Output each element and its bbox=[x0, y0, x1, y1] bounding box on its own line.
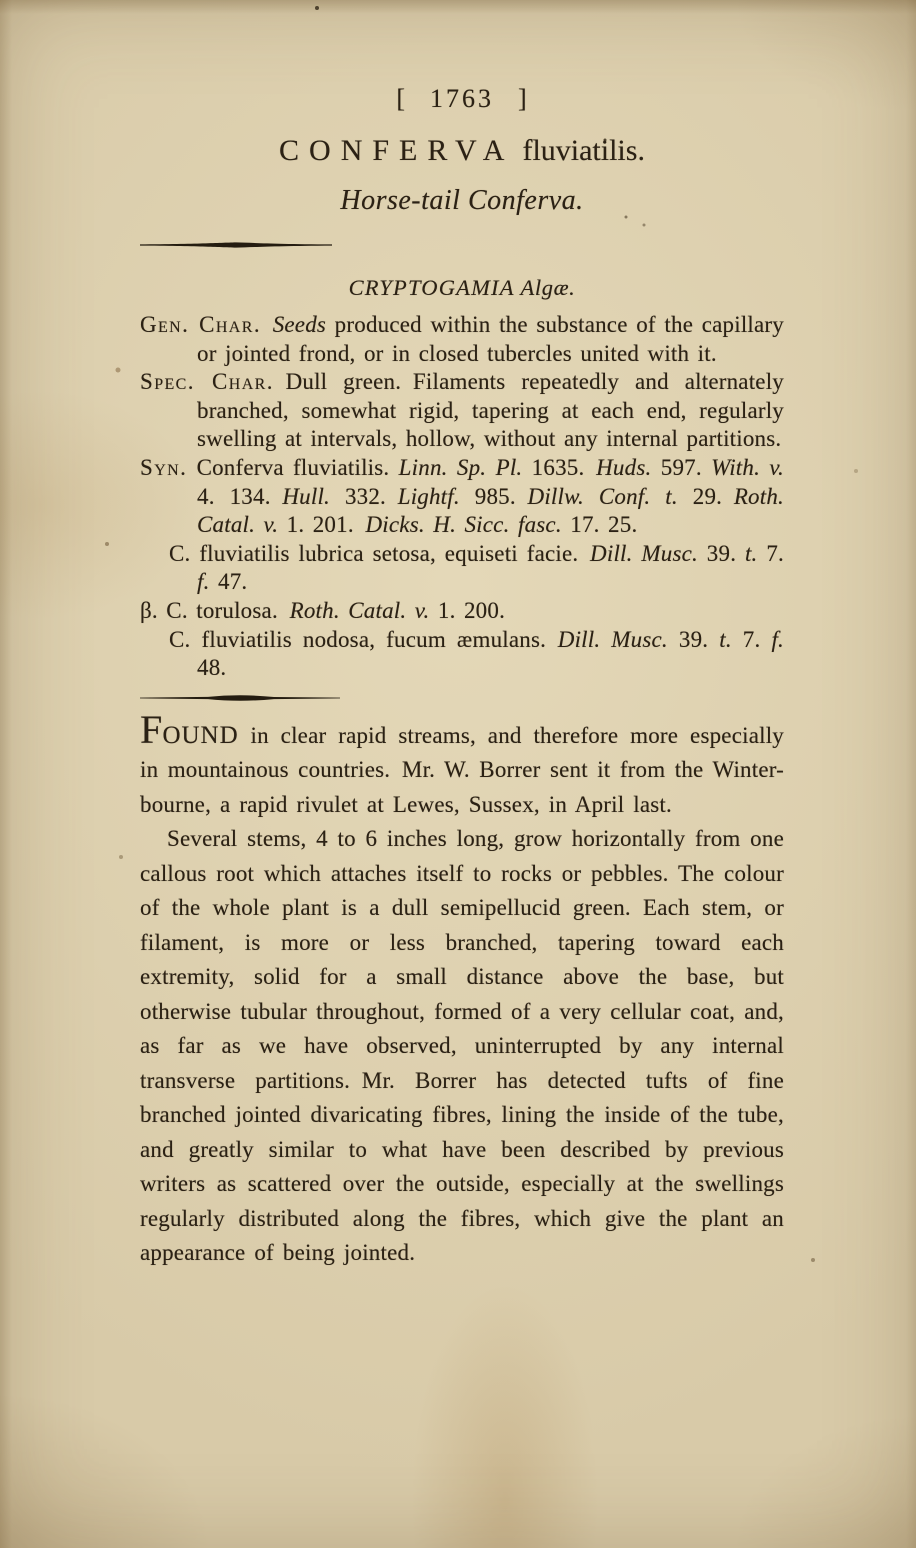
text-segment: 48. bbox=[197, 655, 226, 680]
text-segment: t. bbox=[719, 627, 732, 652]
text-segment: F bbox=[140, 707, 162, 752]
text-segment: f. bbox=[771, 627, 784, 652]
paragraph-found: FOUND in clear rapid streams, and theref… bbox=[140, 719, 784, 823]
text-segment: Several stems, 4 to 6 inches long, grow … bbox=[140, 826, 784, 1265]
text-segment: 597. bbox=[651, 455, 711, 480]
synonym-entry-c1: C. fluviatilis lubrica setosa, equiseti … bbox=[140, 540, 784, 597]
text-segment: Syn. bbox=[140, 455, 187, 480]
text-segment: Dull green. Filaments repeatedly and alt… bbox=[197, 369, 784, 451]
synonyms: Syn. Conferva fluviatilis. Linn. Sp. Pl.… bbox=[140, 454, 784, 540]
text-segment: Dillw. Conf. t. bbox=[528, 484, 678, 509]
page-number: [1763] bbox=[140, 0, 784, 116]
description-section: FOUND in clear rapid streams, and theref… bbox=[140, 719, 784, 1271]
genus-name: CONFERVA bbox=[279, 134, 514, 167]
text-segment: 1. 200. bbox=[429, 598, 505, 623]
text-segment: 1635. bbox=[522, 455, 596, 480]
text-segment: Gen. Char. bbox=[140, 312, 261, 337]
text-segment: 4. 134. bbox=[197, 484, 282, 509]
text-segment: C. bbox=[169, 541, 191, 566]
classification-order: CRYPTOGAMIA bbox=[349, 275, 515, 300]
text-segment: Seeds bbox=[273, 312, 326, 337]
page-number-bracket-right: ] bbox=[518, 84, 528, 113]
text-segment bbox=[261, 312, 273, 337]
text-segment: torulosa. bbox=[188, 598, 290, 623]
text-segment: Lightf. bbox=[398, 484, 460, 509]
text-segment: Conferva fluviatilis. bbox=[187, 455, 398, 480]
text-segment: OUND bbox=[162, 722, 238, 749]
text-segment: 47. bbox=[210, 569, 248, 594]
text-segment: 17. 25. bbox=[562, 512, 638, 537]
classification-group: Algæ. bbox=[521, 275, 576, 300]
paragraph-description: Several stems, 4 to 6 inches long, grow … bbox=[140, 822, 784, 1271]
divider-swelled-rule-2 bbox=[140, 693, 784, 703]
text-segment: Dicks. H. Sicc. fasc. bbox=[366, 512, 562, 537]
text-segment: Spec. Char. bbox=[140, 369, 274, 394]
specific-character: Spec. Char. Dull green. Filaments repeat… bbox=[140, 368, 784, 454]
species-title: CONFERVAfluviatilis. bbox=[140, 132, 784, 170]
generic-character: Gen. Char. Seeds produced within the sub… bbox=[140, 311, 784, 368]
text-segment: Hull. bbox=[282, 484, 330, 509]
text-segment: Linn. Sp. Pl. bbox=[399, 455, 523, 480]
page-number-bracket-left: [ bbox=[396, 84, 406, 113]
classification-line: CRYPTOGAMIA Algæ. bbox=[140, 273, 784, 302]
text-segment: Huds. bbox=[596, 455, 651, 480]
book-page: [1763] CONFERVAfluviatilis. Horse-tail C… bbox=[0, 0, 916, 1548]
text-segment: 985. bbox=[460, 484, 528, 509]
text-segment: C. bbox=[169, 627, 191, 652]
text-segment: fluviatilis lubrica setosa, equiseti fac… bbox=[191, 541, 591, 566]
text-segment: Dill. Musc. bbox=[590, 541, 698, 566]
text-segment: Dill. Musc. bbox=[558, 627, 668, 652]
text-segment: With. v. bbox=[711, 455, 784, 480]
synonym-entry-c2: C. fluviatilis nodosa, fucum æmulans. Di… bbox=[140, 626, 784, 683]
text-segment: t. bbox=[745, 541, 758, 566]
page-content: [1763] CONFERVAfluviatilis. Horse-tail C… bbox=[140, 0, 784, 1271]
text-segment: 29. bbox=[678, 484, 734, 509]
page-header: [1763] CONFERVAfluviatilis. Horse-tail C… bbox=[140, 0, 784, 302]
text-segment: 39. bbox=[698, 541, 745, 566]
page-number-value: 1763 bbox=[430, 84, 494, 113]
synonym-entry-beta: β. C. torulosa. Roth. Catal. v. 1. 200. bbox=[140, 597, 784, 626]
species-epithet: fluviatilis. bbox=[522, 134, 645, 167]
paper-specks bbox=[0, 0, 2, 2]
text-segment: β. C. bbox=[140, 598, 188, 623]
text-segment: 7. bbox=[732, 627, 772, 652]
common-name: Horse-tail Conferva. bbox=[140, 183, 784, 219]
text-segment: 39. bbox=[668, 627, 719, 652]
characters-section: Gen. Char. Seeds produced within the sub… bbox=[140, 311, 784, 683]
text-segment: 332. bbox=[330, 484, 398, 509]
text-segment: Roth. Catal. v. bbox=[290, 598, 430, 623]
text-segment: fluviatilis nodosa, fucum æmulans. bbox=[191, 627, 558, 652]
divider-swelled-rule bbox=[140, 241, 784, 249]
text-segment: 7. bbox=[758, 541, 784, 566]
text-segment: f. bbox=[197, 569, 210, 594]
text-segment: 1. 201. bbox=[278, 512, 365, 537]
